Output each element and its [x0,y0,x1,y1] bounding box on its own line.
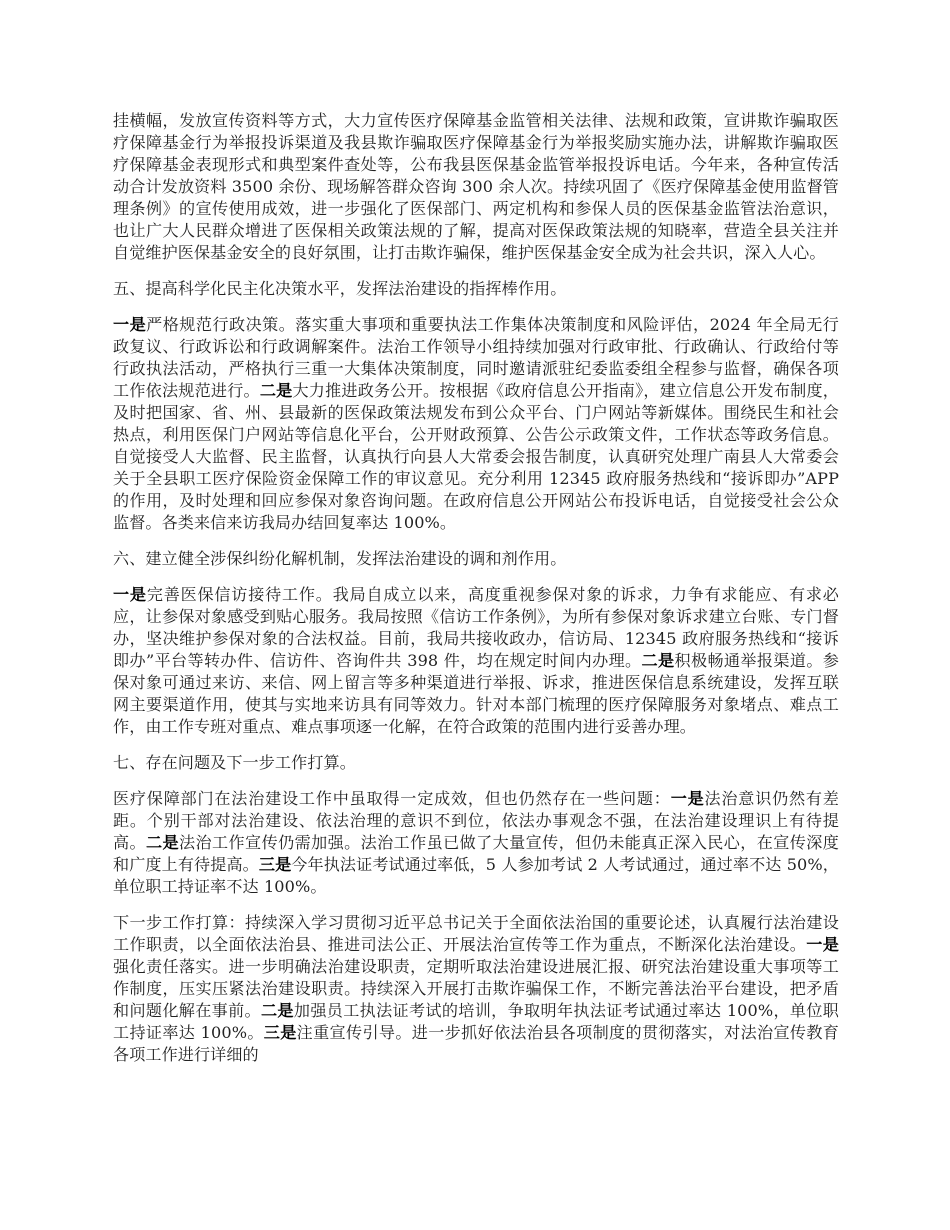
paragraph-dispute-resolution: 一是完善医保信访接待工作。我局自成立以来，高度重视参保对象的诉求，力争有求能应、… [113,584,839,738]
bold-marker: 二是 [260,381,293,400]
bold-marker: 一是 [113,585,147,604]
text-segment: 挂横幅，发放宣传资料等方式，大力宣传医疗保障基金监管相关法律、法规和政策，宣讲欺… [113,111,839,262]
text-segment: 大力推进政务公开。按根据《政府信息公开指南》，建立信息公开发布制度，及时把国家、… [113,381,839,532]
bold-marker: 一是 [806,935,839,954]
section-heading-7: 七、存在问题及下一步工作打算。 [113,752,839,774]
bold-marker: 一是 [671,789,705,808]
bold-marker: 二是 [146,833,179,852]
document-page: 挂横幅，发放宣传资料等方式，大力宣传医疗保障基金监管相关法律、法规和政策，宣讲欺… [113,110,839,1080]
bold-marker: 一是 [113,315,146,334]
bold-marker: 三是 [264,1023,297,1042]
paragraph-problems: 医疗保障部门在法治建设工作中虽取得一定成效，但也仍然存在一些问题：一是法治意识仍… [113,788,839,898]
section-heading-5: 五、提高科学化民主化决策水平，发挥法治建设的指挥棒作用。 [113,278,839,300]
paragraph-next-steps: 下一步工作打算：持续深入学习贯彻习近平总书记关于全面依法治国的重要论述，认真履行… [113,912,839,1066]
text-segment: 医疗保障部门在法治建设工作中虽取得一定成效，但也仍然存在一些问题： [113,789,671,808]
bold-marker: 二是 [642,651,675,670]
paragraph-decision-making: 一是严格规范行政决策。落实重大事项和重要执法工作集体决策制度和风险评估，2024… [113,314,839,534]
section-heading-6: 六、建立健全涉保纠纷化解机制，发挥法治建设的调和剂作用。 [113,548,839,570]
text-segment: 下一步工作打算：持续深入学习贯彻习近平总书记关于全面依法治国的重要论述，认真履行… [113,913,839,954]
paragraph-publicity: 挂横幅，发放宣传资料等方式，大力宣传医疗保障基金监管相关法律、法规和政策，宣讲欺… [113,110,839,264]
bold-marker: 三是 [259,855,291,874]
bold-marker: 二是 [261,1001,294,1020]
